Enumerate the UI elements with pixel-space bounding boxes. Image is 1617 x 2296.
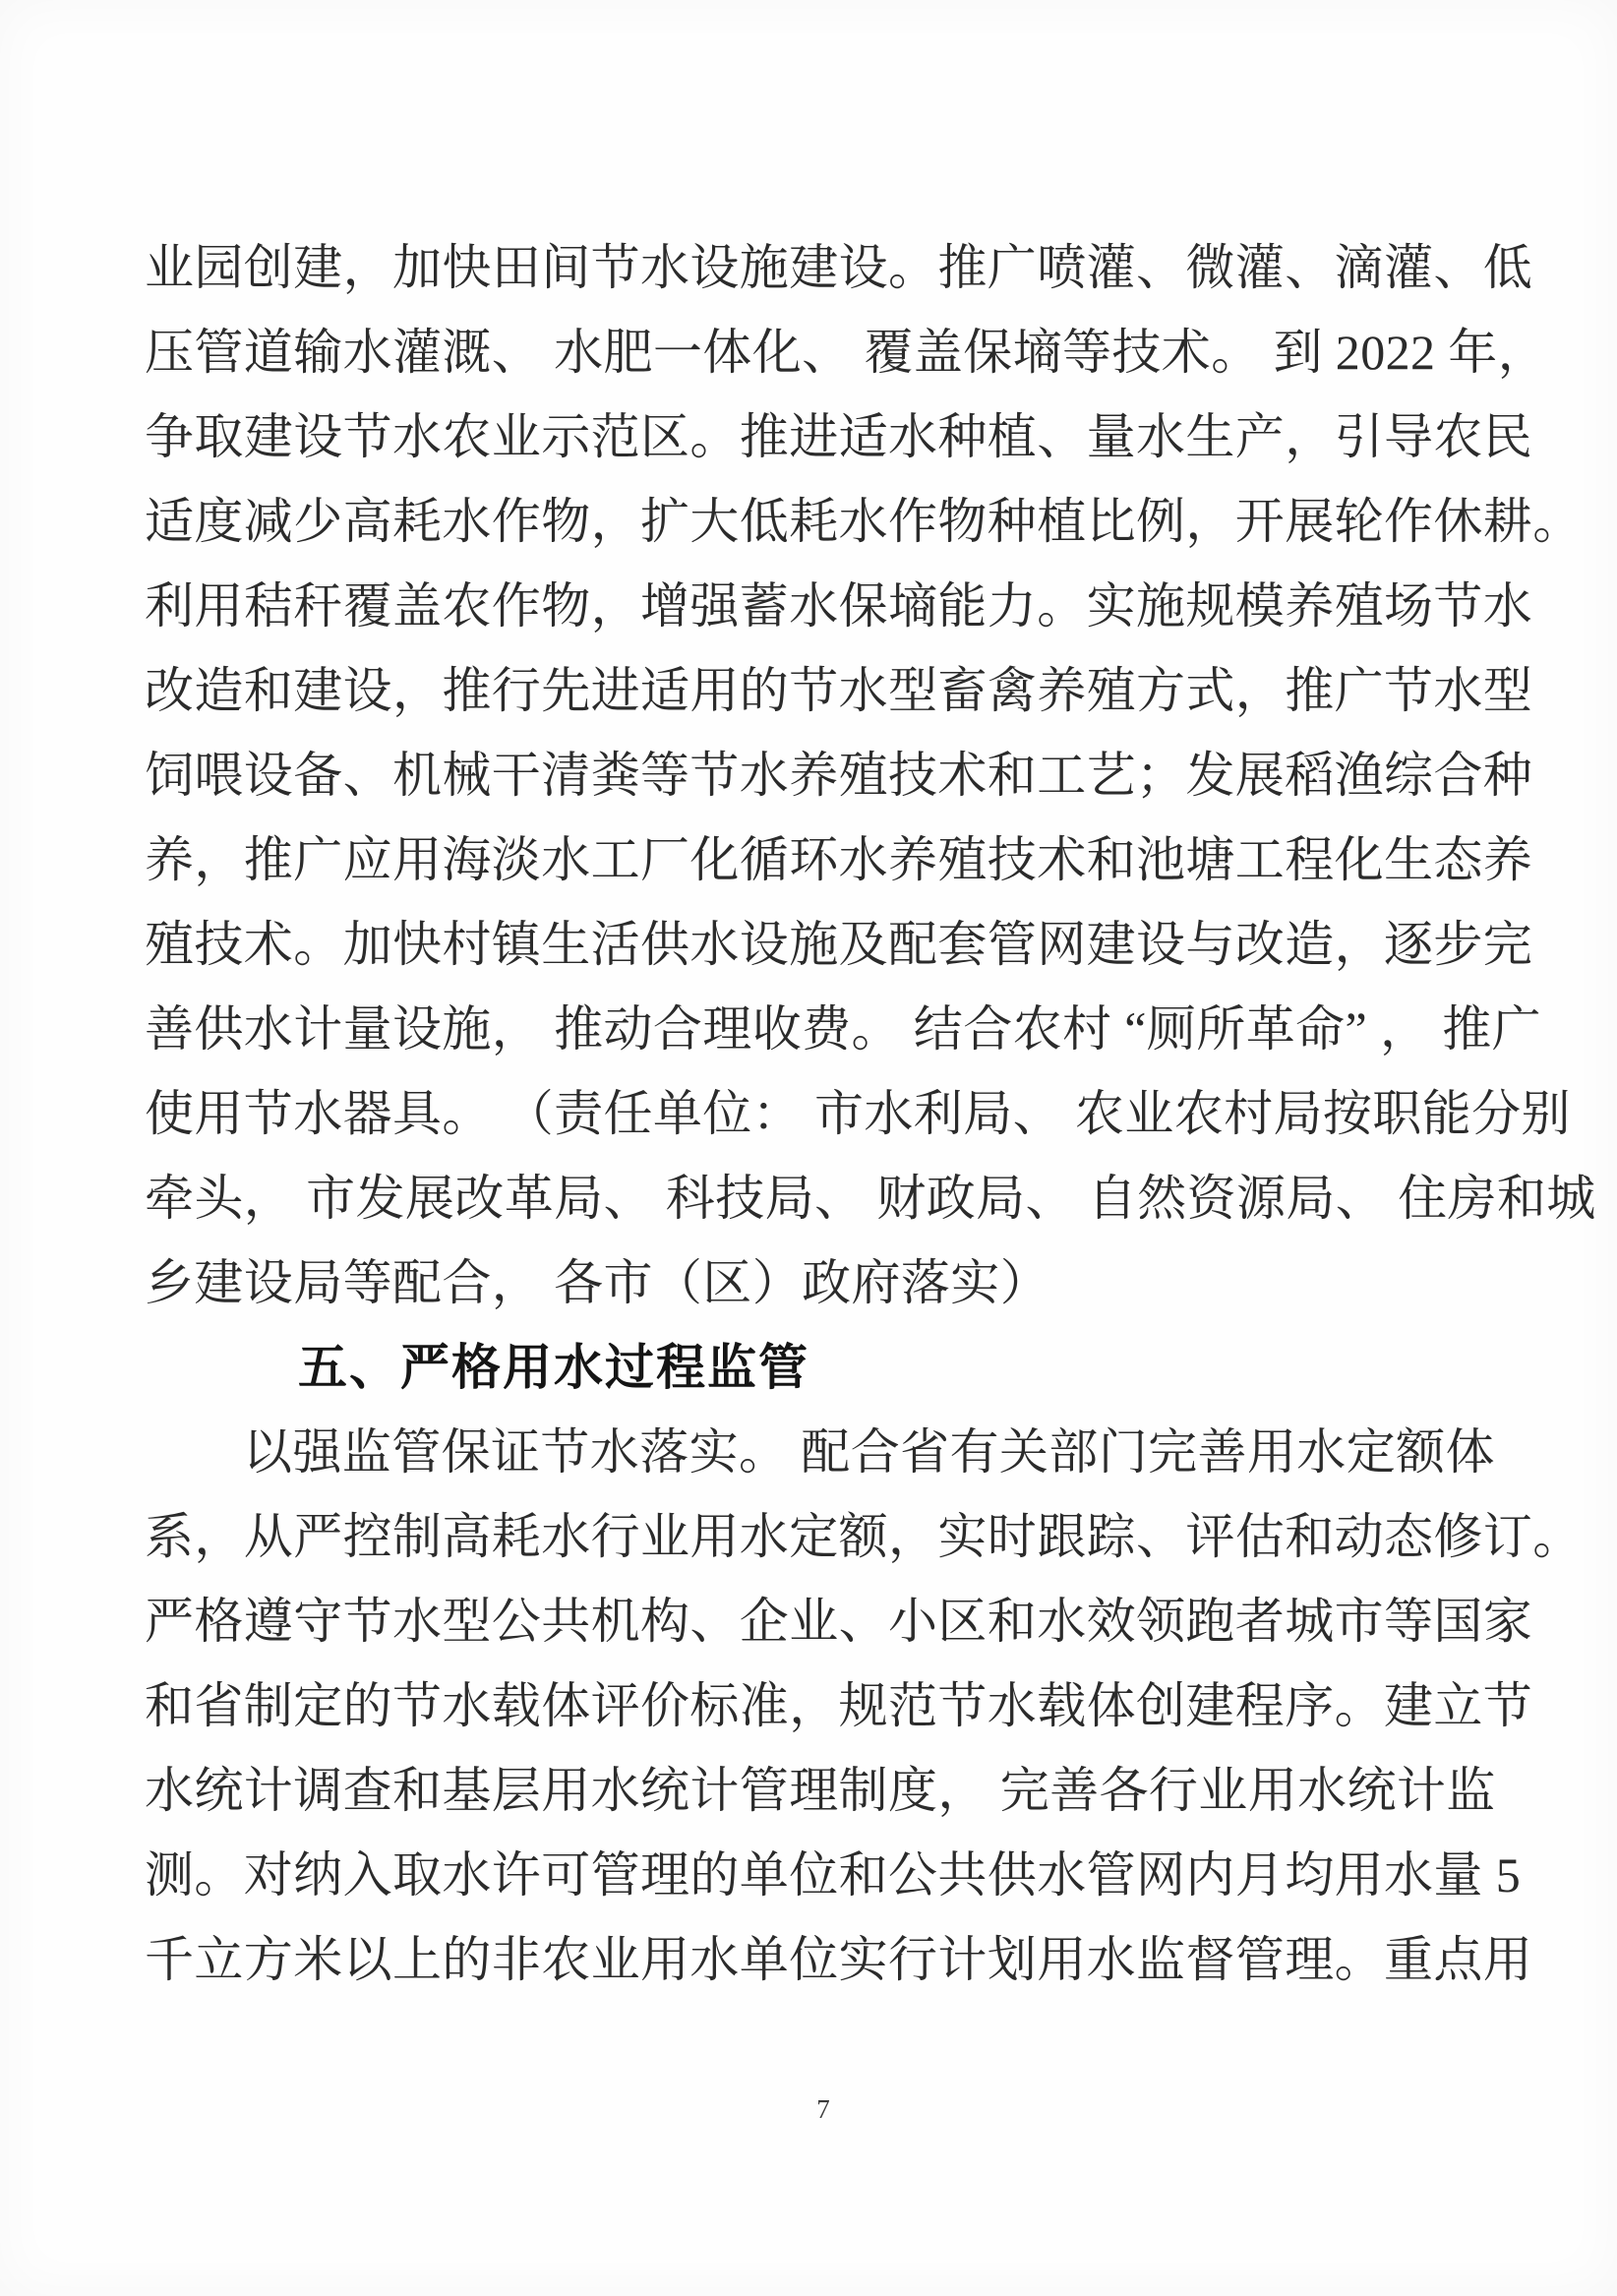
page-footer: 7: [0, 2091, 1617, 2127]
document-line: 殖技术。加快村镇生活供水设施及配套管网建设与改造，逐步完: [145, 902, 1486, 987]
document-line: 牵头， 市发展改革局、 科技局、 财政局、 自然资源局、 住房和城: [145, 1156, 1486, 1240]
document-line: 改造和建设，推行先进适用的节水型畜禽养殖方式，推广节水型: [145, 648, 1486, 733]
document-line: 善供水计量设施， 推动合理收费。 结合农村 “厕所革命” ， 推广: [145, 987, 1486, 1071]
document-line: 业园创建，加快田间节水设施建设。推广喷灌、微灌、滴灌、低: [145, 225, 1486, 310]
document-line: 测。对纳入取水许可管理的单位和公共供水管网内月均用水量 5: [145, 1833, 1486, 1917]
document-line: 争取建设节水农业示范区。推进适水种植、量水生产，引导农民: [145, 394, 1486, 479]
document-line: 利用秸秆覆盖农作物，增强蓄水保墒能力。实施规模养殖场节水: [145, 564, 1486, 648]
document-line: 乡建设局等配合， 各市（区）政府落实）: [145, 1240, 1486, 1325]
document-page: 业园创建，加快田间节水设施建设。推广喷灌、微灌、滴灌、低压管道输水灌溉、 水肥一…: [0, 0, 1617, 2296]
page-number: 7: [816, 2091, 830, 2127]
document-line: 适度减少高耗水作物，扩大低耗水作物种植比例，开展轮作休耕。: [145, 479, 1486, 564]
document-line: 水统计调查和基层用水统计管理制度， 完善各行业用水统计监: [145, 1748, 1486, 1833]
document-line: 千立方米以上的非农业用水单位实行计划用水监督管理。重点用: [145, 1917, 1486, 2002]
section-heading: 五、严格用水过程监管: [145, 1325, 1486, 1410]
document-line: 系，从严控制高耗水行业用水定额，实时跟踪、评估和动态修订。: [145, 1494, 1486, 1579]
document-line: 使用节水器具。 （责任单位： 市水利局、 农业农村局按职能分别: [145, 1071, 1486, 1156]
document-body: 业园创建，加快田间节水设施建设。推广喷灌、微灌、滴灌、低压管道输水灌溉、 水肥一…: [145, 225, 1486, 2002]
document-line: 严格遵守节水型公共机构、企业、小区和水效领跑者城市等国家: [145, 1579, 1486, 1663]
document-line: 以强监管保证节水落实。 配合省有关部门完善用水定额体: [145, 1410, 1486, 1494]
document-line: 和省制定的节水载体评价标准，规范节水载体创建程序。建立节: [145, 1663, 1486, 1748]
document-line: 压管道输水灌溉、 水肥一体化、 覆盖保墒等技术。 到 2022 年，: [145, 310, 1486, 394]
document-line: 养，推广应用海淡水工厂化循环水养殖技术和池塘工程化生态养: [145, 817, 1486, 902]
document-line: 饲喂设备、机械干清粪等节水养殖技术和工艺；发展稻渔综合种: [145, 733, 1486, 817]
